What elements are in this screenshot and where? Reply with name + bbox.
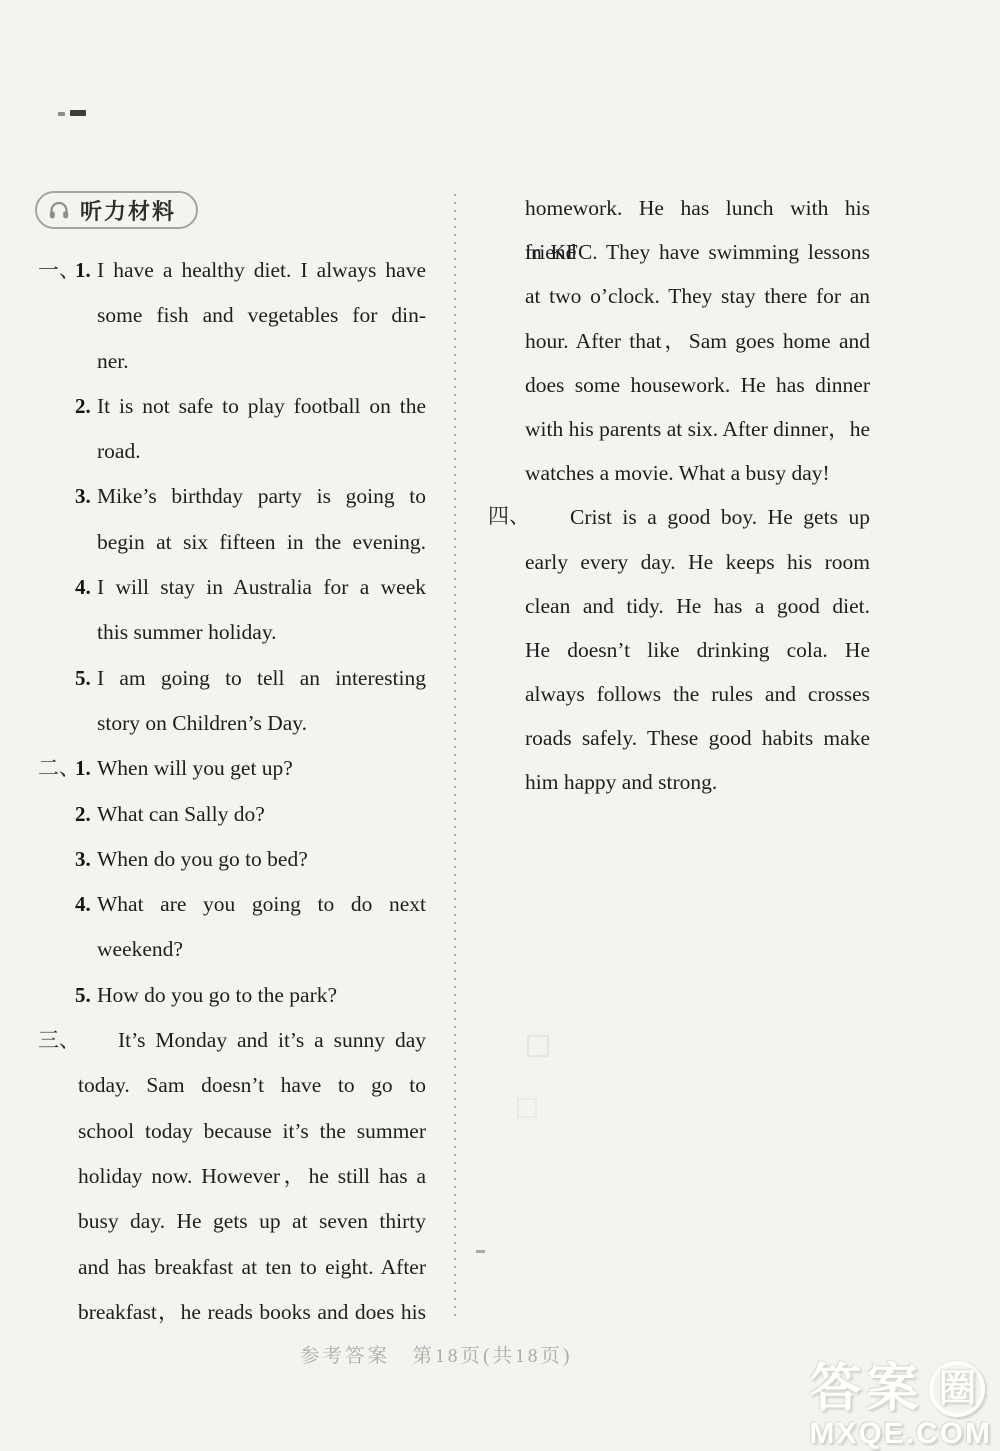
text-line: holiday now. However，he still has a [38, 1154, 426, 1199]
line-text: watches a movie. What a busy day! [488, 451, 870, 495]
text-line: school today because it’s the summer [38, 1109, 426, 1154]
section-marker: 三、 [38, 1018, 80, 1063]
watermark-logo-text: 答案 [809, 1363, 923, 1415]
text-line: 三、It’s Monday and it’s a sunny day [38, 1018, 426, 1063]
line-text: with his parents at six. After dinner，he [488, 407, 870, 451]
text-line: homework. He has lunch with his friend [488, 186, 870, 230]
line-text: some fish and vegetables for din- [38, 293, 426, 338]
text-line: road. [38, 429, 426, 474]
text-line: He doesn’t like drinking cola. He [488, 628, 870, 672]
text-line: some fish and vegetables for din- [38, 293, 426, 338]
line-text: and has breakfast at ten to eight. After [38, 1245, 426, 1290]
line-text: busy day. He gets up at seven thirty [38, 1199, 426, 1244]
left-column: 一、1.I have a healthy diet. I always have… [38, 248, 426, 1335]
line-text: He doesn’t like drinking cola. He [488, 628, 870, 672]
line-text: hour. After that，Sam goes home and [488, 319, 870, 363]
bleed-through-mark [527, 1035, 549, 1057]
line-text: Crist is a good boy. He gets up [488, 495, 870, 539]
text-line: 二、1.When will you get up? [38, 746, 426, 791]
item-number: 5. [75, 656, 91, 701]
text-line: 4.I will stay in Australia for a week [38, 565, 426, 610]
line-text: Mike’s birthday party is going to [38, 474, 426, 519]
watermark-domain: MXQE.COM [809, 1419, 992, 1449]
text-line: breakfast，he reads books and does his [38, 1290, 426, 1335]
line-text: in KFC. They have swimming lessons [488, 230, 870, 274]
scan-artifact [58, 112, 65, 116]
text-line: hour. After that，Sam goes home and [488, 319, 870, 363]
line-text: school today because it’s the summer [38, 1109, 426, 1154]
line-text: What can Sally do? [38, 792, 426, 837]
text-line: story on Children’s Day. [38, 701, 426, 746]
item-number: 4. [75, 882, 91, 927]
line-text: this summer holiday. [38, 610, 426, 655]
line-text: When will you get up? [38, 746, 426, 791]
text-line: early every day. He keeps his room [488, 540, 870, 584]
item-number: 2. [75, 384, 91, 429]
bleed-through-mark [517, 1098, 537, 1118]
text-line: watches a movie. What a busy day! [488, 451, 870, 495]
text-line: and has breakfast at ten to eight. After [38, 1245, 426, 1290]
page-footer: 参考答案 第18页(共18页) [300, 1340, 573, 1368]
line-text: road. [38, 429, 426, 474]
section-marker: 四、 [488, 495, 530, 539]
item-number: 3. [75, 837, 91, 882]
item-number: 4. [75, 565, 91, 610]
text-line: today. Sam doesn’t have to go to [38, 1063, 426, 1108]
badge-label: 听力材料 [80, 195, 176, 226]
column-divider [454, 194, 456, 1322]
line-text: How do you go to the park? [38, 973, 426, 1018]
line-text: clean and tidy. He has a good diet. [488, 584, 870, 628]
headphones-icon [47, 198, 71, 222]
line-text: When do you go to bed? [38, 837, 426, 882]
text-line: 一、1.I have a healthy diet. I always have [38, 248, 426, 293]
text-line: busy day. He gets up at seven thirty [38, 1199, 426, 1244]
line-text: It’s Monday and it’s a sunny day [38, 1018, 426, 1063]
watermark-logo: 答案圈 [809, 1361, 992, 1417]
line-text: I am going to tell an interesting [38, 656, 426, 701]
text-line: 4.What are you going to do next [38, 882, 426, 927]
text-line: 5.I am going to tell an interesting [38, 656, 426, 701]
text-line: ner. [38, 339, 426, 384]
line-text: does some housework. He has dinner [488, 363, 870, 407]
text-line: begin at six fifteen in the evening. [38, 520, 426, 565]
line-text: weekend? [38, 927, 426, 972]
text-line: 2.What can Sally do? [38, 792, 426, 837]
text-line: weekend? [38, 927, 426, 972]
line-text: begin at six fifteen in the evening. [38, 520, 426, 565]
text-line: clean and tidy. He has a good diet. [488, 584, 870, 628]
text-line: 2.It is not safe to play football on the [38, 384, 426, 429]
text-line: roads safely. These good habits make [488, 716, 870, 760]
listening-material-badge: 听力材料 [35, 191, 198, 229]
text-line: 5.How do you go to the park? [38, 973, 426, 1018]
scan-artifact [70, 110, 86, 116]
text-line: 3.When do you go to bed? [38, 837, 426, 882]
item-number: 3. [75, 474, 91, 519]
text-line: at two o’clock. They stay there for an [488, 274, 870, 318]
line-text: today. Sam doesn’t have to go to [38, 1063, 426, 1108]
section-marker: 二、 [38, 746, 80, 791]
item-number: 2. [75, 792, 91, 837]
watermark-circled-char: 圈 [929, 1361, 985, 1417]
line-text: story on Children’s Day. [38, 701, 426, 746]
line-text: always follows the rules and crosses [488, 672, 870, 716]
text-line: him happy and strong. [488, 760, 870, 804]
text-line: always follows the rules and crosses [488, 672, 870, 716]
bleed-through-mark [476, 1250, 485, 1253]
text-line: 3.Mike’s birthday party is going to [38, 474, 426, 519]
text-line: with his parents at six. After dinner，he [488, 407, 870, 451]
scanned-answer-page: 听力材料 一、1.I have a healthy diet. I always… [0, 0, 1000, 1451]
line-text: at two o’clock. They stay there for an [488, 274, 870, 318]
line-text: roads safely. These good habits make [488, 716, 870, 760]
line-text: early every day. He keeps his room [488, 540, 870, 584]
line-text: ner. [38, 339, 426, 384]
watermark: 答案圈 MXQE.COM [809, 1361, 992, 1449]
text-line: does some housework. He has dinner [488, 363, 870, 407]
text-line: this summer holiday. [38, 610, 426, 655]
section-marker: 一、 [38, 248, 80, 293]
text-line: in KFC. They have swimming lessons [488, 230, 870, 274]
item-number: 5. [75, 973, 91, 1018]
line-text: What are you going to do next [38, 882, 426, 927]
line-text: him happy and strong. [488, 760, 870, 804]
line-text: I have a healthy diet. I always have [38, 248, 426, 293]
line-text: It is not safe to play football on the [38, 384, 426, 429]
line-text: breakfast，he reads books and does his [38, 1290, 426, 1335]
right-column: homework. He has lunch with his friendin… [488, 186, 870, 805]
text-line: 四、Crist is a good boy. He gets up [488, 495, 870, 539]
line-text: holiday now. However，he still has a [38, 1154, 426, 1199]
line-text: I will stay in Australia for a week [38, 565, 426, 610]
item-number: 1. [75, 248, 91, 293]
item-number: 1. [75, 746, 91, 791]
